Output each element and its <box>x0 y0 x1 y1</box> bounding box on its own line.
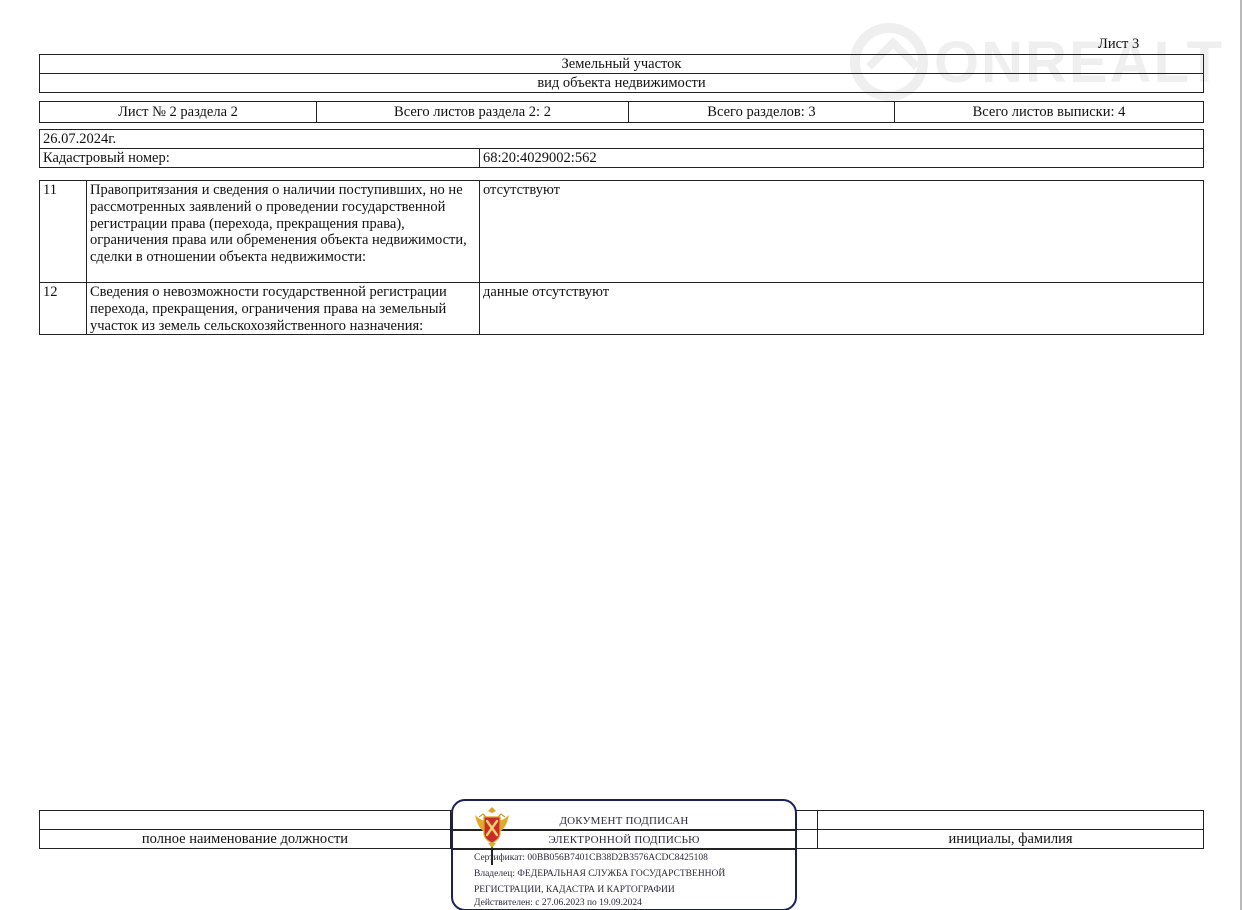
sheet-number-label: Лист 3 <box>1098 36 1139 53</box>
object-type-caption: вид объекта недвижимости <box>40 74 1204 93</box>
cadastral-row: Кадастровый номер: 68:20:4029002:562 <box>40 149 1204 168</box>
cadastral-number: 68:20:4029002:562 <box>480 149 1204 168</box>
cadastral-label: Кадастровый номер: <box>40 149 480 168</box>
name-caption: инициалы, фамилия <box>818 830 1204 849</box>
object-type-caption-row: вид объекта недвижимости <box>40 74 1204 93</box>
document-date: 26.07.2024г. <box>40 130 1204 149</box>
sheet-info-row: Лист № 2 раздела 2 Всего листов раздела … <box>40 102 1204 123</box>
total-sections: Всего разделов: 3 <box>629 102 895 123</box>
date-row: 26.07.2024г. <box>40 130 1204 149</box>
entry-value: отсутствуют <box>480 181 1204 283</box>
stamp-certificate: Сертификат: 00BB056B7401CB38D2B3576ACDC8… <box>474 853 816 863</box>
object-type-value: Земельный участок <box>40 55 1204 74</box>
position-blank <box>40 811 451 830</box>
entry-number: 12 <box>40 283 87 335</box>
stamp-subtitle: ЭЛЕКТРОННОЙ ПОДПИСЬЮ <box>453 834 795 846</box>
table-row: 12 Сведения о невозможности государствен… <box>40 283 1204 335</box>
stamp-owner: Владелец: ФЕДЕРАЛЬНАЯ СЛУЖБА ГОСУДАРСТВЕ… <box>474 869 816 879</box>
object-type-row: Земельный участок <box>40 55 1204 74</box>
total-sheets-section: Всего листов раздела 2: 2 <box>317 102 629 123</box>
sheet-info-table: Лист № 2 раздела 2 Всего листов раздела … <box>39 101 1204 123</box>
position-caption: полное наименование должности <box>40 830 451 849</box>
stamp-title: ДОКУМЕНТ ПОДПИСАН <box>453 815 795 827</box>
object-type-table: Земельный участок вид объекта недвижимос… <box>39 54 1204 93</box>
entry-value: данные отсутствуют <box>480 283 1204 335</box>
name-blank <box>818 811 1204 830</box>
sheet-of-section: Лист № 2 раздела 2 <box>40 102 317 123</box>
entry-number: 11 <box>40 181 87 283</box>
stamp-owner-continued: РЕГИСТРАЦИИ, КАДАСТРА И КАРТОГРАФИИ <box>474 885 816 895</box>
electronic-signature-stamp: ДОКУМЕНТ ПОДПИСАН ЭЛЕКТРОННОЙ ПОДПИСЬЮ С… <box>451 799 797 910</box>
entry-description: Сведения о невозможности государственной… <box>87 283 480 335</box>
stamp-validity: Действителен: с 27.06.2023 по 19.09.2024 <box>474 898 816 908</box>
total-sheets-extract: Всего листов выписки: 4 <box>895 102 1204 123</box>
entry-description: Правопритязания и сведения о наличии пос… <box>87 181 480 283</box>
entries-table: 11 Правопритязания и сведения о наличии … <box>39 180 1204 335</box>
cadastral-table: 26.07.2024г. Кадастровый номер: 68:20:40… <box>39 129 1204 168</box>
table-row: 11 Правопритязания и сведения о наличии … <box>40 181 1204 283</box>
